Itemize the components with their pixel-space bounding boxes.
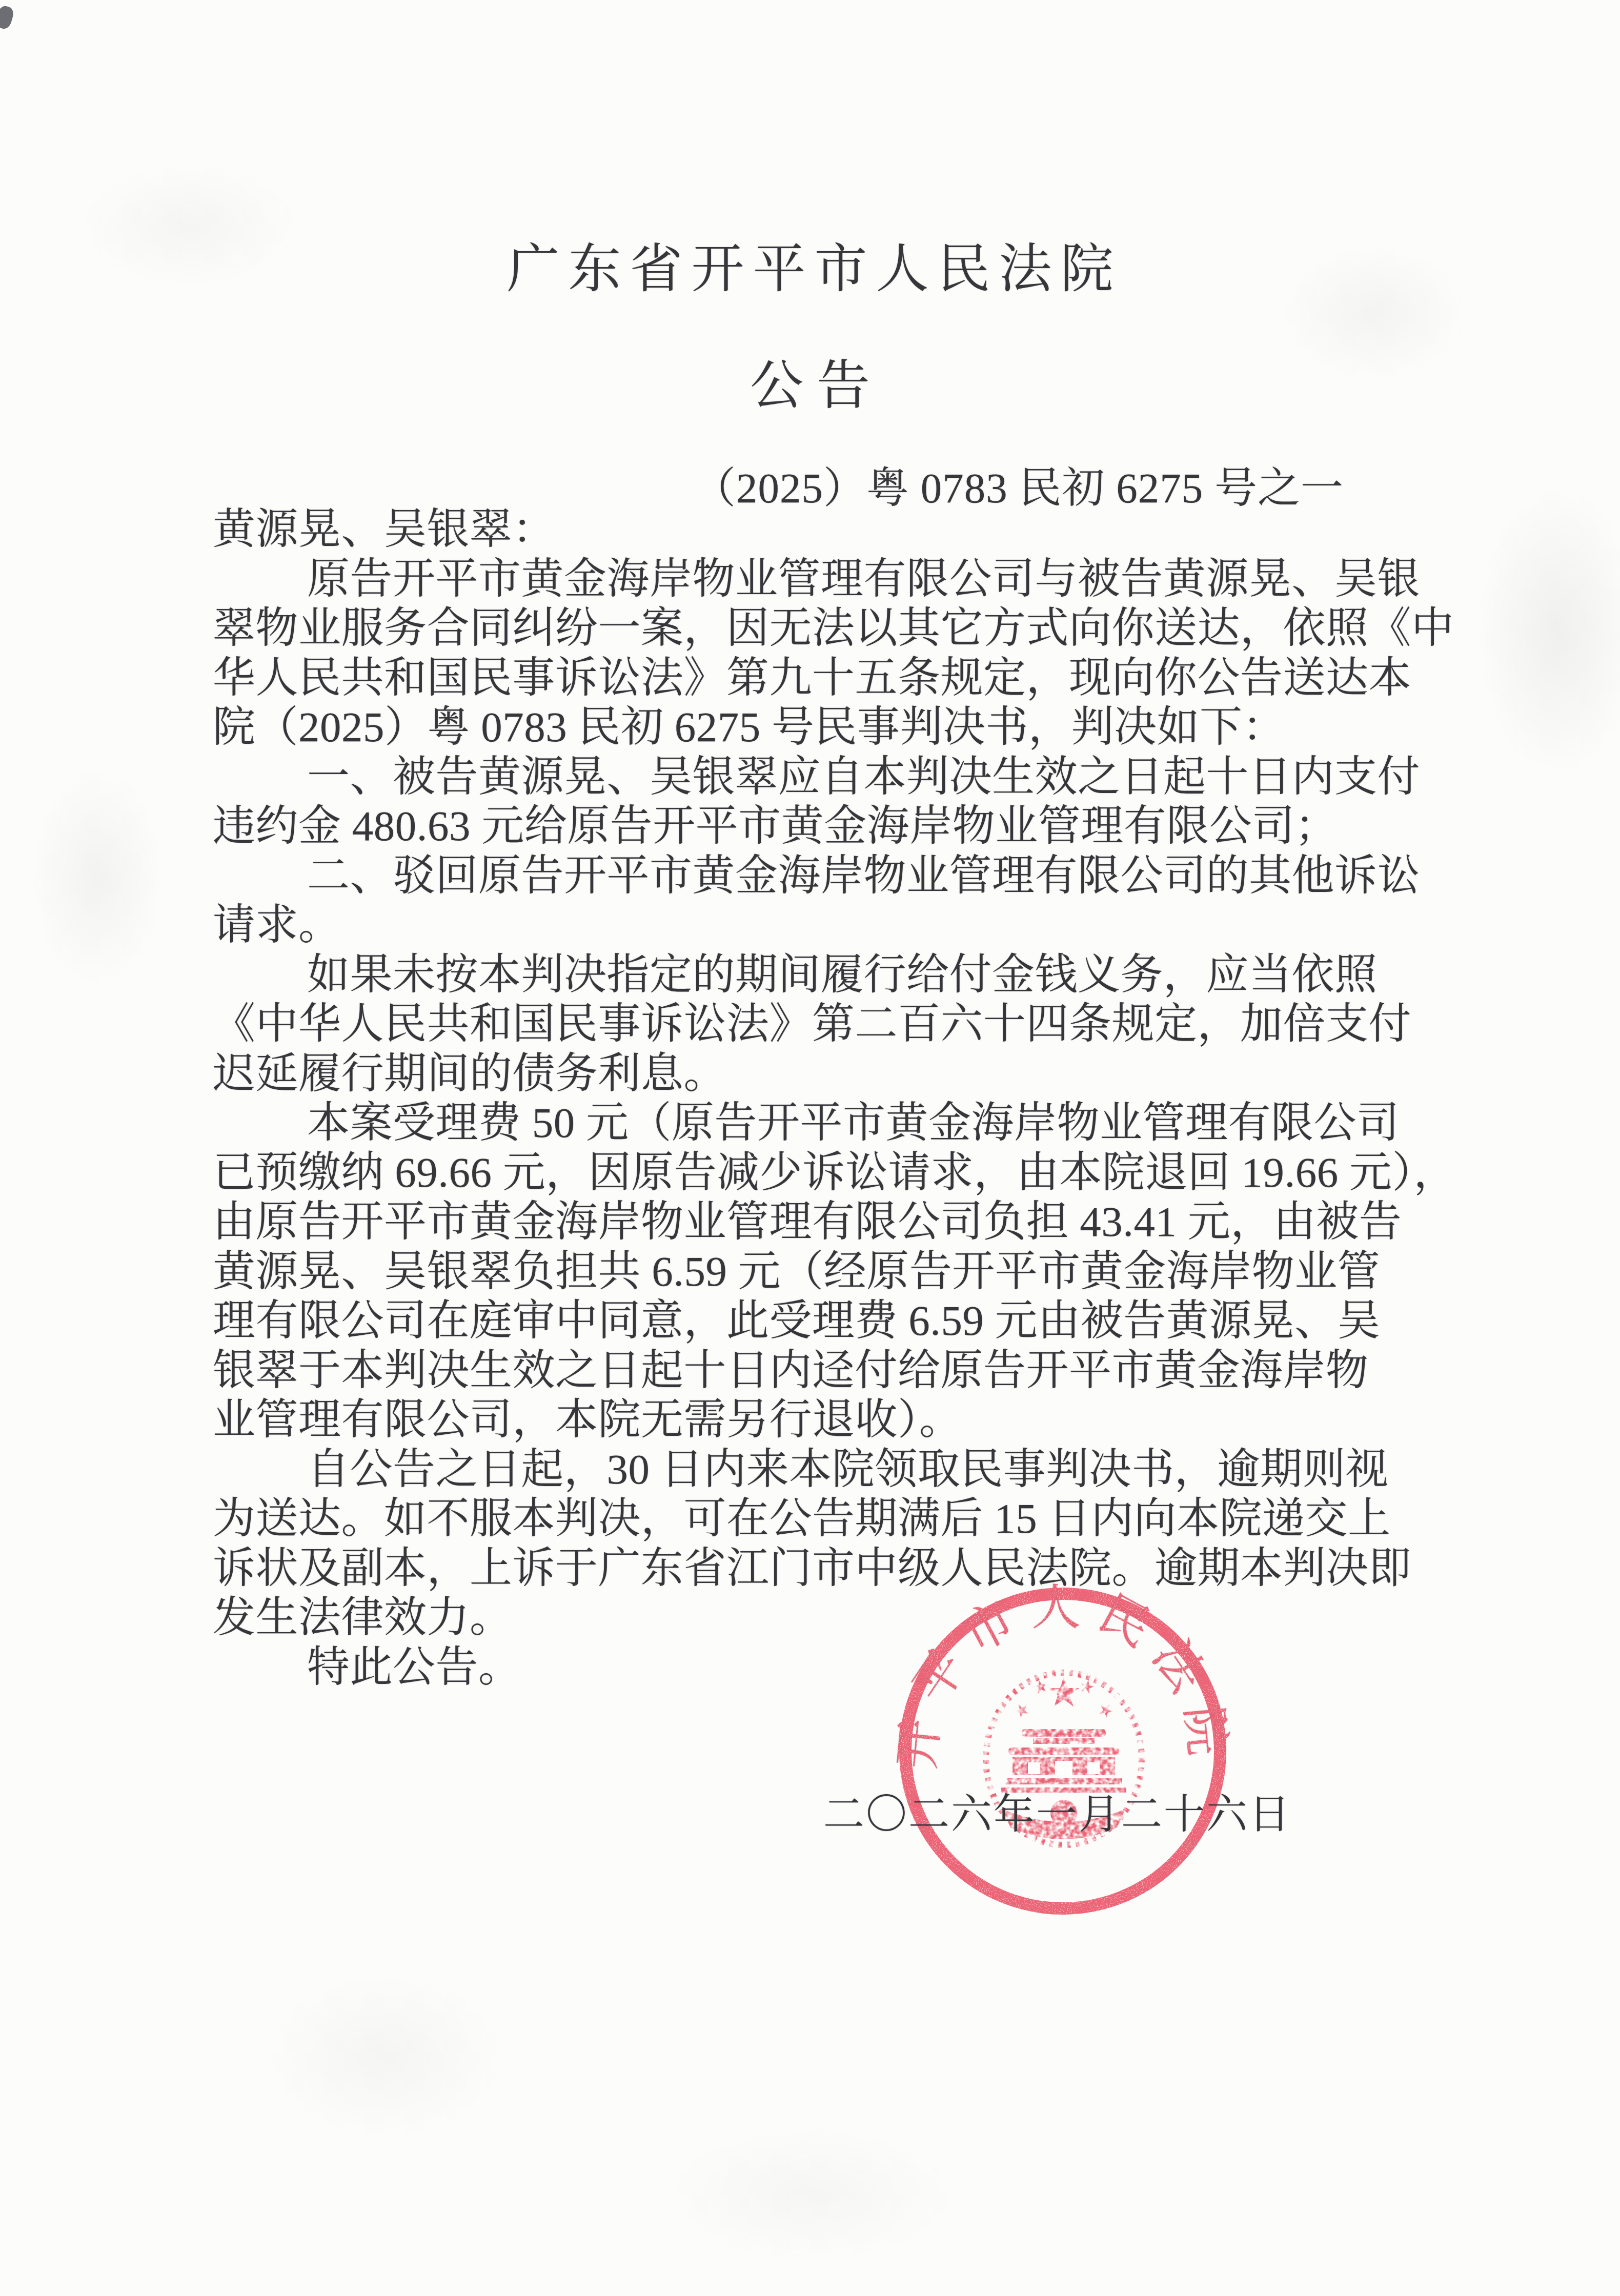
body-line: 诉状及副本，上诉于广东省江门市中级人民法院。逾期本判决即 bbox=[213, 1543, 1464, 1593]
body-line: 院（2025）粤 0783 民初 6275 号民事判决书，判决如下： bbox=[213, 702, 1464, 752]
seal-ring-and-text: 开平市人民法院 bbox=[893, 1581, 1234, 1908]
closing-line: 特此公告。 bbox=[213, 1642, 1464, 1692]
announcement-title: 公告 bbox=[0, 342, 1620, 419]
body-line: 自公告之日起，30 日内来本院领取民事判决书，逾期则视 bbox=[213, 1445, 1464, 1494]
emblem-small-star bbox=[1012, 1701, 1030, 1719]
emblem-small-star bbox=[1032, 1678, 1049, 1694]
body-line: 如果未按本判决指定的期间履行给付金钱义务，应当依照 bbox=[213, 950, 1464, 1000]
scan-smudge bbox=[1476, 487, 1620, 774]
scan-corner-artifact bbox=[0, 5, 15, 31]
body-line: 华人民共和国民事诉讼法》第九十五条规定，现向你公告送达本 bbox=[213, 653, 1464, 703]
body-line: 请求。 bbox=[213, 900, 1464, 950]
body-line: 业管理有限公司，本院无需另行退收）。 bbox=[213, 1395, 1464, 1445]
body-line: 发生法律效力。 bbox=[213, 1593, 1464, 1642]
announcement-body: 黄源晃、吴银翠： 原告开平市黄金海岸物业管理有限公司与被告黄源晃、吴银 翠物业服… bbox=[213, 504, 1464, 1692]
body-line: 为送达。如不服本判决，可在公告期满后 15 日内向本院递交上 bbox=[213, 1494, 1464, 1543]
body-line: 银翠于本判决生效之日起十日内迳付给原告开平市黄金海岸物 bbox=[213, 1346, 1464, 1395]
body-line: 二、驳回原告开平市黄金海岸物业管理有限公司的其他诉讼 bbox=[213, 851, 1464, 901]
body-line: 由原告开平市黄金海岸物业管理有限公司负担 43.41 元，由被告 bbox=[213, 1197, 1464, 1247]
addressee-line: 黄源晃、吴银翠： bbox=[213, 504, 1464, 554]
emblem-small-star bbox=[1097, 1701, 1115, 1719]
body-line: 迟延履行期间的债务利息。 bbox=[213, 1049, 1464, 1099]
scan-smudge bbox=[31, 769, 164, 984]
scanned-court-announcement: 广东省开平市人民法院 公告 （2025）粤 0783 民初 6275 号之一 黄… bbox=[0, 0, 1620, 2296]
emblem-small-star bbox=[1079, 1678, 1095, 1694]
body-line: 《中华人民共和国民事诉讼法》第二百六十四条规定，加倍支付 bbox=[213, 999, 1464, 1049]
scan-smudge bbox=[666, 2127, 954, 2261]
body-line: 翠物业服务合同纠纷一案，因无法以其它方式向你送达，依照《中 bbox=[213, 603, 1464, 653]
court-seal-stamp: 开平市人民法院 bbox=[893, 1581, 1234, 1923]
court-title: 广东省开平市人民法院 bbox=[0, 227, 1620, 302]
body-line: 违约金 480.63 元给原告开平市黄金海岸物业管理有限公司； bbox=[213, 801, 1464, 851]
issue-date: 二〇二六年一月二十六日 bbox=[823, 1781, 1291, 1840]
body-line: 黄源晃、吴银翠负担共 6.59 元（经原告开平市黄金海岸物业管 bbox=[213, 1247, 1464, 1296]
body-line: 原告开平市黄金海岸物业管理有限公司与被告黄源晃、吴银 bbox=[213, 554, 1464, 604]
court-seal-svg: 开平市人民法院 bbox=[893, 1581, 1234, 1923]
emblem-big-star bbox=[1048, 1677, 1080, 1706]
body-line: 已预缴纳 69.66 元，因原告减少诉讼请求，由本院退回 19.66 元）， bbox=[213, 1148, 1464, 1197]
body-line: 一、被告黄源晃、吴银翠应自本判决生效之日起十日内支付 bbox=[213, 752, 1464, 802]
scan-smudge bbox=[267, 1974, 502, 2138]
body-line: 本案受理费 50 元（原告开平市黄金海岸物业管理有限公司 bbox=[213, 1098, 1464, 1148]
body-line: 理有限公司在庭审中同意，此受理费 6.59 元由被告黄源晃、吴 bbox=[213, 1296, 1464, 1346]
